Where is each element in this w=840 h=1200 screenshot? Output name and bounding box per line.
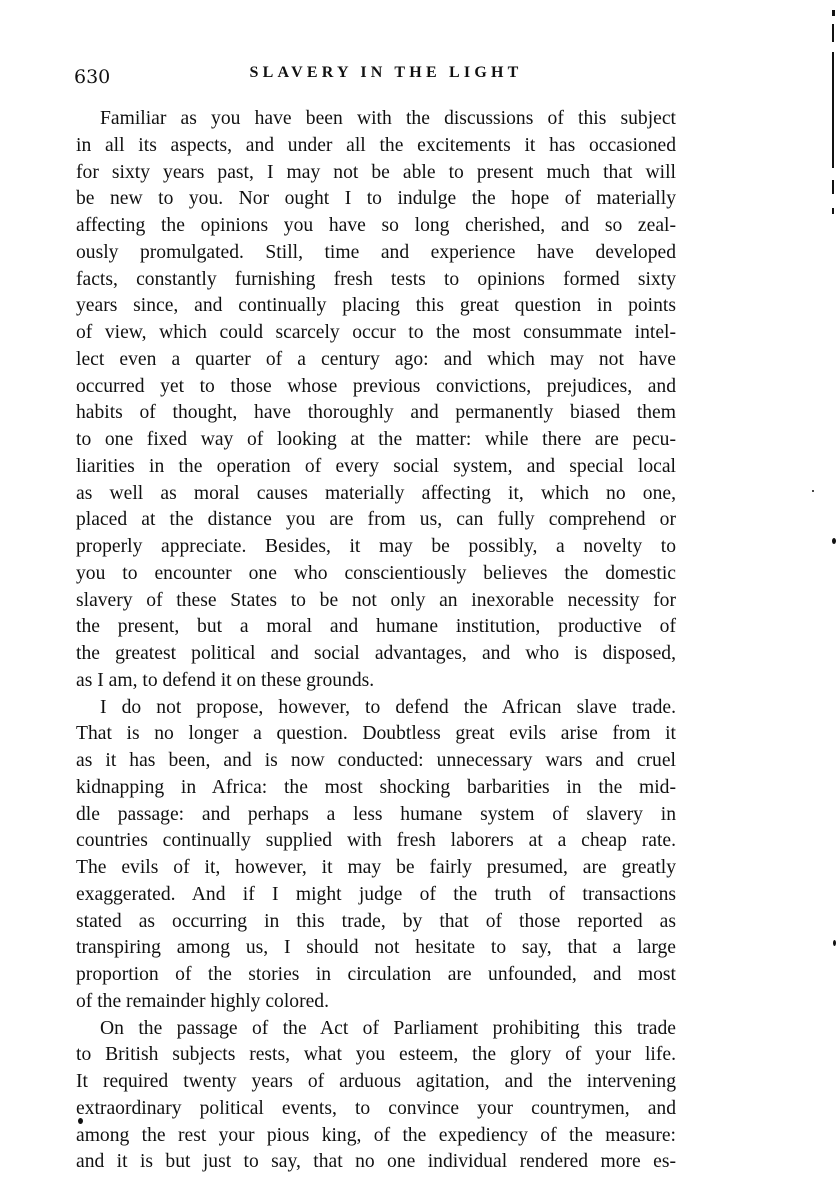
text-line: in all its aspects, and under all the ex… xyxy=(76,133,676,160)
text-line: dle passage: and perhaps a less humane s… xyxy=(76,802,676,829)
scan-speck xyxy=(832,538,836,544)
body-text: Familiar as you have been with the discu… xyxy=(76,106,676,1176)
text-line: I do not propose, however, to defend the… xyxy=(76,695,676,722)
text-line: of the remainder highly colored. xyxy=(76,989,676,1016)
scan-speck xyxy=(833,940,836,946)
scan-edge-mark xyxy=(832,180,834,194)
text-line: kidnapping in Africa: the most shocking … xyxy=(76,775,676,802)
scan-speck xyxy=(812,490,814,492)
text-line: as it has been, and is now conducted: un… xyxy=(76,748,676,775)
text-line: affecting the opinions you have so long … xyxy=(76,213,676,240)
text-line: placed at the distance you are from us, … xyxy=(76,507,676,534)
running-head: SLAVERY IN THE LIGHT xyxy=(74,64,680,82)
scan-edge-mark xyxy=(832,10,835,16)
text-line: to British subjects rests, what you este… xyxy=(76,1042,676,1069)
text-line: lect even a quarter of a century ago: an… xyxy=(76,347,676,374)
book-page: 630 SLAVERY IN THE LIGHT Familiar as you… xyxy=(0,0,840,1200)
text-line: be new to you. Nor ought I to indulge th… xyxy=(76,186,676,213)
text-line: slavery of these States to be not only a… xyxy=(76,588,676,615)
text-line: proportion of the stories in circulation… xyxy=(76,962,676,989)
text-line: for sixty years past, I may not be able … xyxy=(76,160,676,187)
scan-edge-mark xyxy=(832,208,834,214)
paragraph-3: On the passage of the Act of Parliament … xyxy=(76,1016,676,1177)
scan-edge-mark xyxy=(832,24,834,42)
text-line: as I am, to defend it on these grounds. xyxy=(76,668,676,695)
text-line: occurred yet to those whose previous con… xyxy=(76,374,676,401)
paragraph-2: I do not propose, however, to defend the… xyxy=(76,695,676,1016)
text-line: ously promulgated. Still, time and exper… xyxy=(76,240,676,267)
text-line: you to encounter one who conscientiously… xyxy=(76,561,676,588)
text-line: liarities in the operation of every soci… xyxy=(76,454,676,481)
text-line: the greatest political and social advant… xyxy=(76,641,676,668)
text-line: The evils of it, however, it may be fair… xyxy=(76,855,676,882)
text-line: facts, constantly furnishing fresh tests… xyxy=(76,267,676,294)
scan-edge-mark xyxy=(832,52,834,168)
text-line: Familiar as you have been with the discu… xyxy=(76,106,676,133)
text-line: among the rest your pious king, of the e… xyxy=(76,1123,676,1150)
text-line: and it is but just to say, that no one i… xyxy=(76,1149,676,1176)
text-line: stated as occurring in this trade, by th… xyxy=(76,909,676,936)
text-line: to one fixed way of looking at the matte… xyxy=(76,427,676,454)
text-line: countries continually supplied with fres… xyxy=(76,828,676,855)
scan-speck xyxy=(78,1118,83,1124)
text-line: exaggerated. And if I might judge of the… xyxy=(76,882,676,909)
text-line: That is no longer a question. Doubtless … xyxy=(76,721,676,748)
text-line: of view, which could scarcely occur to t… xyxy=(76,320,676,347)
text-line: transpiring among us, I should not hesit… xyxy=(76,935,676,962)
text-line: It required twenty years of arduous agit… xyxy=(76,1069,676,1096)
paragraph-1: Familiar as you have been with the discu… xyxy=(76,106,676,695)
text-line: extraordinary political events, to convi… xyxy=(76,1096,676,1123)
text-line: years since, and continually placing thi… xyxy=(76,293,676,320)
text-line: the present, but a moral and humane inst… xyxy=(76,614,676,641)
page-header: 630 SLAVERY IN THE LIGHT xyxy=(74,62,680,88)
text-line: as well as moral causes materially affec… xyxy=(76,481,676,508)
text-line: properly appreciate. Besides, it may be … xyxy=(76,534,676,561)
text-line: habits of thought, have thoroughly and p… xyxy=(76,400,676,427)
text-line: On the passage of the Act of Parliament … xyxy=(76,1016,676,1043)
